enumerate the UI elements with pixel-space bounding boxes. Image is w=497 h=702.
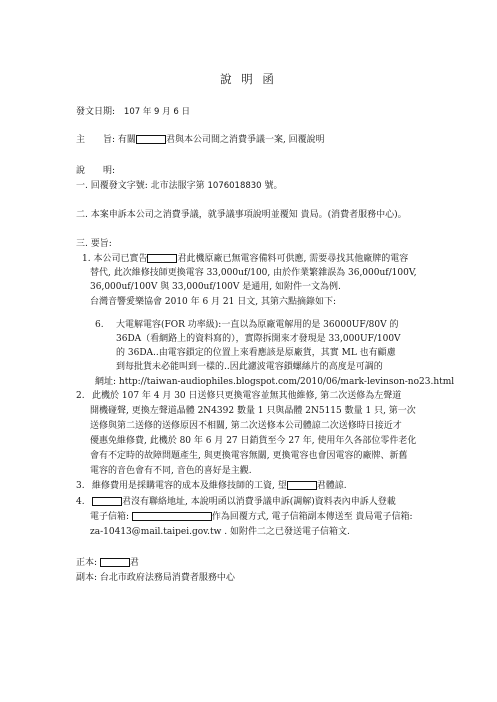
item-4-line-2: 電子信箱: 作為回覆方式, 電子信箱副本傳送至 貴局電子信箱: bbox=[90, 512, 413, 523]
item-1-line-1: 1. 本公司已實告君此機原廠已無電容備料可供應, 需要尋找其他廠牌的電容 bbox=[82, 254, 408, 265]
subject-prefix: 有關 bbox=[118, 135, 136, 145]
issue-date: 發文日期: 107 年 9 月 6 日 bbox=[76, 107, 190, 118]
document-page: 說 明 函 發文日期: 107 年 9 月 6 日 主 旨: 有關君與本公司間之… bbox=[0, 0, 497, 702]
item-1-line-4: 台灣音響愛樂協會 2010 年 6 月 21 日文, 其第六點摘錄如下: bbox=[90, 297, 336, 308]
redacted-name bbox=[287, 481, 317, 490]
item-2-line-1: 此機於 107 年 4 月 30 日送修只更換電容並無其他維修, 第二次送修為左… bbox=[92, 391, 401, 402]
quote-number: 6. bbox=[95, 320, 104, 331]
quote-line-4: 到每批貨未必能叫到一樣的..因此濾波電容鎖螺絲片的高度是可調的 bbox=[116, 362, 383, 373]
item-1-suffix: 君此機原廠已無電容備料可供應, 需要尋找其他廠牌的電容 bbox=[177, 254, 408, 264]
redacted-name bbox=[100, 558, 130, 567]
explain-label: 說 明: bbox=[76, 166, 115, 177]
quote-line-1: 大電解電容(FOR 功率級):一直以為原廠電解用的是 36000UF/80V 的 bbox=[116, 320, 398, 331]
item-4-line-3: za-10413@mail.taipei.gov.tw . 如附件二之已發送電子… bbox=[90, 527, 350, 538]
item-4-line-1: 君沒有聯絡地址, 本說明函以消費爭議申訴(調解)資料表內申訴人登載 bbox=[92, 497, 396, 508]
original-suffix: 君 bbox=[130, 558, 139, 568]
original-recipient: 正本: 君 bbox=[76, 558, 139, 569]
section-1-suffix: 號。 bbox=[264, 181, 282, 191]
redacted-name bbox=[147, 254, 177, 263]
item-2-number: 2. bbox=[76, 391, 85, 402]
source-url: 網址: http://taiwan-audiophiles.blogspot.c… bbox=[95, 377, 454, 388]
email-label: 電子信箱: bbox=[90, 512, 129, 522]
redacted-name bbox=[136, 135, 166, 144]
item-2-line-4: 優惠免維修費, 此機於 80 年 6 月 27 日銷貨至今 27 年, 使用年久… bbox=[90, 436, 416, 447]
item-1-line-3: 36,000uf/100V 與 33,000uf/100V 是通用, 如附件一文… bbox=[90, 282, 341, 293]
item-1-number: 1. bbox=[82, 254, 91, 264]
redacted-name bbox=[92, 497, 122, 506]
item-3-line: 維修費用是採購電容的成本及維修技師的工資, 望君體諒. bbox=[92, 481, 347, 492]
item-2-line-2: 開機碰聲, 更換左聲道晶體 2N4392 數量 1 只與晶體 2N5115 數量… bbox=[90, 406, 416, 417]
issue-date-label: 發文日期: bbox=[76, 107, 115, 117]
reference-number: 1076018830 bbox=[208, 181, 262, 191]
item-1-prefix: 本公司已實告 bbox=[93, 254, 147, 264]
subject-suffix: 君與本公司間之消費爭議一案, 回覆說明 bbox=[166, 135, 325, 145]
item-3-suffix: 君體諒. bbox=[317, 481, 347, 491]
item-3-prefix: 維修費用是採購電容的成本及維修技師的工資, 望 bbox=[92, 481, 287, 491]
item-4-line-2-suffix: 作為回覆方式, 電子信箱副本傳送至 貴局電子信箱: bbox=[212, 512, 413, 522]
copy-label: 副本: bbox=[76, 573, 97, 583]
item-1-line-2: 替代, 此次維修技師更換電容 33,000uf/100, 由於作業繁雜誤為 36… bbox=[90, 268, 417, 279]
copy-recipient: 副本: 台北市政府法務局消費者服務中心 bbox=[76, 573, 235, 584]
quote-line-3: 的 36DA..由電容鎖定的位置上來看應該是原廠貨，其實 ML 也有顧慮 bbox=[116, 348, 396, 359]
section-1: 一. 回覆發文字號: 北市法服字第 1076018830 號。 bbox=[76, 181, 282, 192]
issue-date-value: 107 年 9 月 6 日 bbox=[124, 107, 190, 117]
item-2-line-3: 送修與第二送修的送修原因不相關, 第二次送修本公司體諒二次送修時日接近才 bbox=[90, 421, 402, 432]
item-3-number: 3. bbox=[76, 481, 85, 492]
document-title: 說 明 函 bbox=[0, 71, 497, 87]
item-2-line-6: 電容的音色會有不同, 音色的喜好是主觀. bbox=[90, 466, 252, 477]
quote-line-2: 36DA（看網路上的資料寫的），實際拆開來才發現是 33,000UF/100V bbox=[116, 334, 401, 345]
item-2-line-5: 會有不定時的故障問題產生, 與更換電容無關, 更換電容也會因電容的廠牌、新舊 bbox=[90, 451, 407, 462]
section-3-label: 三. 要旨: bbox=[76, 239, 112, 250]
redacted-email bbox=[132, 512, 212, 521]
section-1-prefix: 一. 回覆發文字號: 北市法服字第 bbox=[76, 181, 205, 191]
item-4-suffix: 君沒有聯絡地址, 本說明函以消費爭議申訴(調解)資料表內申訴人登載 bbox=[122, 497, 396, 507]
section-2: 二. 本案申訴本公司之消費爭議，就爭議事項說明並覆知 貴局。(消費者服務中心)。 bbox=[76, 210, 407, 221]
original-label: 正本: bbox=[76, 558, 97, 568]
subject-line: 主 旨: 有關君與本公司間之消費爭議一案, 回覆說明 bbox=[76, 135, 325, 146]
item-4-number: 4. bbox=[76, 497, 85, 508]
copy-value: 台北市政府法務局消費者服務中心 bbox=[100, 573, 235, 583]
subject-label: 主 旨: bbox=[76, 135, 115, 145]
